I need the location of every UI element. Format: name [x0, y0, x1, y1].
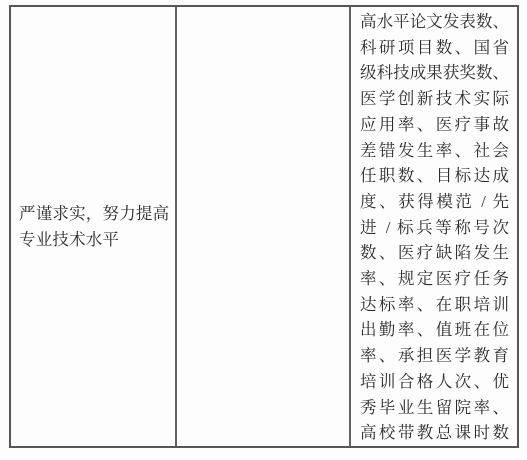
indicator-line: 高水平论文发表数、 — [360, 9, 509, 35]
indicator-line: 科研项目数、国省 — [360, 35, 509, 61]
objective-cell: 严谨求实，努力提高 专业技术水平 — [11, 7, 175, 446]
indicator-line: 率、规定医疗任务 — [360, 266, 509, 292]
indicator-line: 级科技成果获奖数、 — [360, 60, 509, 86]
objective-line: 严谨求实，努力提高 — [19, 201, 169, 227]
indicator-line: 达标率、在职培训 — [360, 292, 509, 318]
indicator-line: 差错发生率、社会 — [360, 138, 509, 164]
indicator-line: 医学创新技术实际 — [360, 86, 509, 112]
indicator-line: 培训合格人次、优 — [360, 369, 509, 395]
indicators-cell: 高水平论文发表数、 科研项目数、国省 级科技成果获奖数、 医学创新技术实际 应用… — [351, 7, 517, 446]
empty-middle-cell — [175, 7, 351, 446]
indicator-line: 出勤率、值班在位 — [360, 317, 509, 343]
objective-text: 严谨求实，努力提高 专业技术水平 — [19, 201, 169, 253]
indicator-line: 秀毕业生留院率、 — [360, 395, 509, 421]
indicator-line: 进 / 标兵等称号次 — [360, 215, 509, 241]
indicator-line: 率、承担医学教育 — [360, 343, 509, 369]
assessment-table: 严谨求实，努力提高 专业技术水平 高水平论文发表数、 科研项目数、国省 级科技成… — [9, 5, 519, 448]
indicator-line: 任职数、目标达成 — [360, 163, 509, 189]
indicator-line: 度、获得模范 / 先 — [360, 189, 509, 215]
scanned-page: 严谨求实，努力提高 专业技术水平 高水平论文发表数、 科研项目数、国省 级科技成… — [0, 0, 527, 460]
objective-line: 专业技术水平 — [19, 227, 169, 253]
indicator-line: 数、医疗缺陷发生 — [360, 240, 509, 266]
indicator-line: 高校带教总课时数 — [360, 420, 509, 446]
indicator-line: 应用率、医疗事故 — [360, 112, 509, 138]
